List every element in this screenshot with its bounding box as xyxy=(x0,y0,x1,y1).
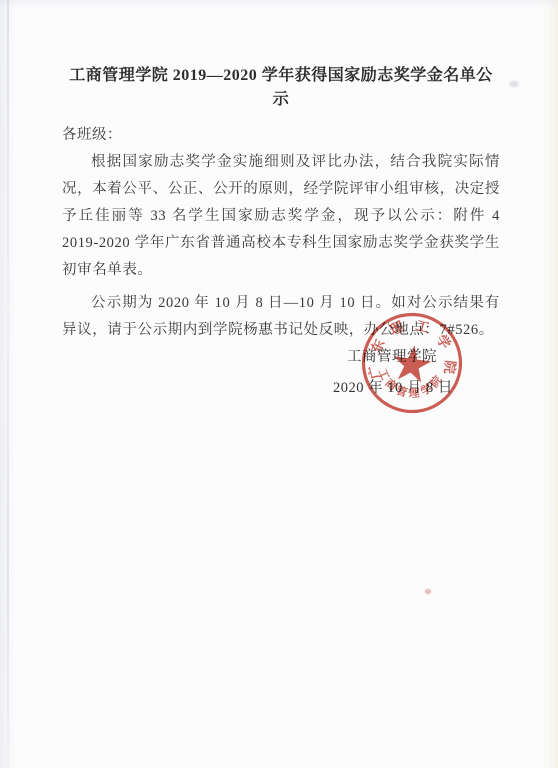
notice-content: 工商管理学院 2019—2020 学年获得国家励志奖学金名单公示 各班级： 根据… xyxy=(62,0,500,344)
notice-salutation: 各班级： xyxy=(62,122,500,149)
notice-title: 工商管理学院 2019—2020 学年获得国家励志奖学金名单公示 xyxy=(62,64,500,112)
scan-artifact-speck xyxy=(425,589,431,594)
scan-artifact-smudge xyxy=(509,81,519,87)
notice-paragraph-1: 根据国家励志奖学金实施细则及评比办法，结合我院实际情况，本着公平、公正、公开的原… xyxy=(62,149,500,284)
page-left-crease xyxy=(7,0,9,768)
seal-outer-char: 院 xyxy=(442,360,459,376)
signature-date: 2020 年 10 月 8 日 xyxy=(333,376,453,397)
signature-organization: 工商管理学院 xyxy=(347,345,437,366)
notice-paragraph-2: 公示期为 2020 年 10 月 8 日—10 月 10 日。如对公示结果有异议… xyxy=(62,290,500,344)
scanned-notice-page: 工商管理学院 2019—2020 学年获得国家励志奖学金名单公示 各班级： 根据… xyxy=(0,0,558,768)
